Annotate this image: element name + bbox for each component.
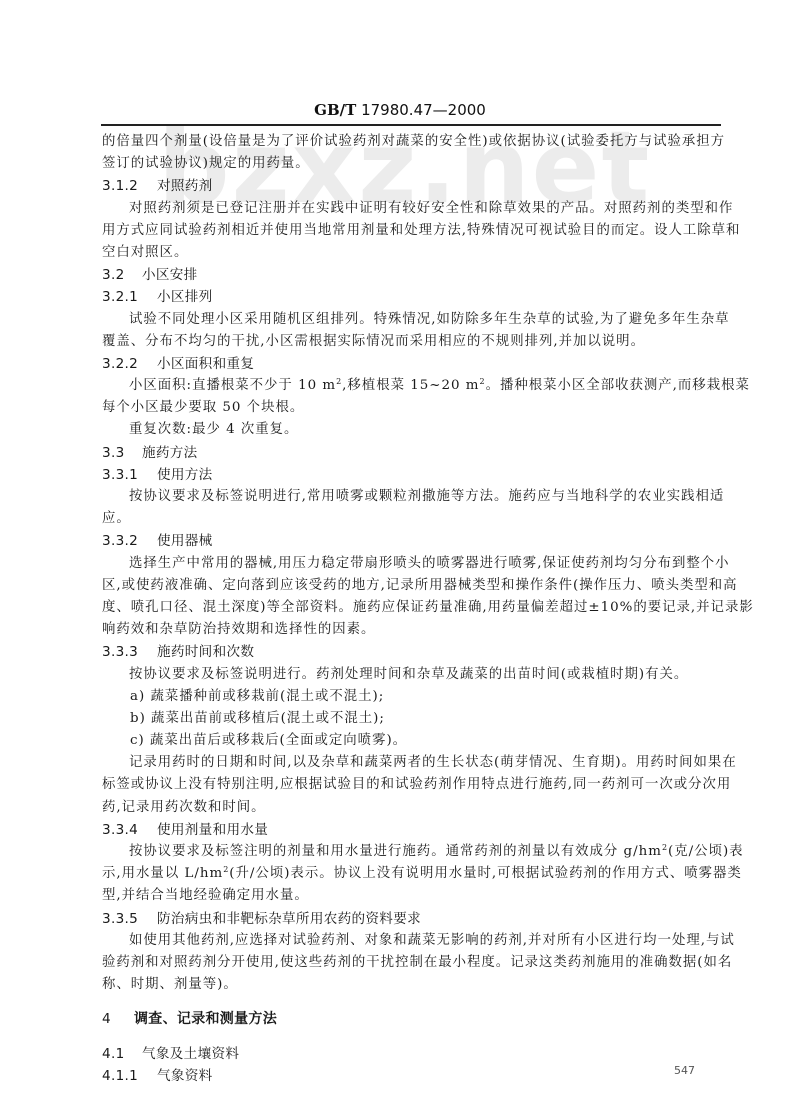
- heading-3-3-4: 3.3.4使用剂量和用水量: [102, 819, 722, 841]
- section-title: 小区安排: [142, 267, 198, 283]
- section-title: 小区面积和重复: [157, 356, 254, 372]
- paragraph-line: 小区面积:直播根菜不少于 10 m2,移植根菜 15~20 m2。播种根菜小区全…: [102, 375, 722, 397]
- paragraph-line: 称、时期、剂量等)。: [102, 974, 722, 996]
- heading-3-3-3: 3.3.3施药时间和次数: [102, 641, 722, 663]
- section-title: 使用器械: [157, 533, 213, 549]
- section-number: 3.2: [102, 264, 142, 286]
- heading-3-3-1: 3.3.1使用方法: [102, 464, 722, 486]
- heading-3-1-2: 3.1.2对照药剂: [102, 175, 722, 197]
- text-run: (升/公顷)表示。协议上没有说明用水量时,可根据试验药剂的作用方式、喷雾器类: [229, 866, 742, 881]
- paragraph-line: 覆盖、分布不均匀的干扰,小区需根据实际情况而采用相应的不规则排列,并加以说明。: [102, 331, 722, 353]
- paragraph-line: 药,记录用药次数和时间。: [102, 797, 722, 819]
- list-item-a: a) 蔬菜播种前或移栽前(混土或不混土);: [102, 686, 722, 708]
- section-title: 施药方法: [142, 445, 198, 461]
- paragraph-line: 试验不同处理小区采用随机区组排列。特殊情况,如防除多年生杂草的试验,为了避免多年…: [102, 309, 722, 331]
- text-run: 小区面积:直播根菜不少于 10 m: [129, 378, 336, 393]
- section-number: 3.3.5: [102, 908, 157, 930]
- heading-4-1-1: 4.1.1气象资料: [102, 1065, 722, 1087]
- paragraph-line: 标签或协议上没有特别注明,应根据试验目的和试验药剂作用特点进行施药,同一药剂可一…: [102, 774, 722, 796]
- text-run: 。播种根菜小区全部收获测产,而移栽根菜: [486, 378, 750, 393]
- paragraph-line: 示,用水量以 L/hm2(升/公顷)表示。协议上没有说明用水量时,可根据试验药剂…: [102, 863, 722, 885]
- paragraph-line: 度、喷孔口径、混土深度)等全部资料。施药应保证药量准确,用药量偏差超过±10%的…: [102, 597, 722, 619]
- section-spacer: [102, 996, 722, 1008]
- section-title: 防治病虫和非靶标杂草所用农药的资料要求: [157, 911, 421, 927]
- document-page: bzxz.net GB/T 17980.47—2000 的倍量四个剂量(设倍量是…: [0, 0, 800, 1110]
- list-item-b: b) 蔬菜出苗前或移植后(混土或不混土);: [102, 708, 722, 730]
- paragraph-line: 型,并结合当地经验确定用水量。: [102, 885, 722, 907]
- heading-3-2: 3.2小区安排: [102, 264, 722, 286]
- section-number: 3.3.2: [102, 530, 157, 552]
- paragraph-line: 按协议要求及标签说明进行,常用喷雾或颗粒剂撒施等方法。施药应与当地科学的农业实践…: [102, 486, 722, 508]
- section-title: 对照药剂: [157, 178, 213, 194]
- heading-4: 4调查、记录和测量方法: [102, 1008, 722, 1030]
- section-title: 使用方法: [157, 467, 213, 483]
- heading-3-2-2: 3.2.2小区面积和重复: [102, 353, 722, 375]
- text-run: 示,用水量以 L/hm: [102, 866, 223, 881]
- list-item-c: c) 蔬菜出苗后或移栽后(全面或定向喷雾)。: [102, 730, 722, 752]
- section-number: 3.2.1: [102, 286, 157, 308]
- section-title: 使用剂量和用水量: [157, 822, 268, 838]
- section-number: 3.2.2: [102, 353, 157, 375]
- standard-number: 17980.47—2000: [361, 101, 486, 119]
- heading-3-3-5: 3.3.5防治病虫和非靶标杂草所用农药的资料要求: [102, 908, 722, 930]
- heading-3-2-1: 3.2.1小区排列: [102, 286, 722, 308]
- document-body: 的倍量四个剂量(设倍量是为了评价试验药剂对蔬菜的安全性)或依据协议(试验委托方与…: [102, 131, 722, 1087]
- paragraph-line: 响药效和杂草防治持效期和选择性的因素。: [102, 619, 722, 641]
- text-run: 按协议要求及标签注明的剂量和用水量进行施药。通常药剂的剂量以有效成分 g/hm: [129, 844, 662, 859]
- heading-4-1: 4.1气象及土壤资料: [102, 1043, 722, 1065]
- paragraph-line: 重复次数:最少 4 次重复。: [102, 419, 722, 441]
- section-title: 小区排列: [157, 289, 213, 305]
- paragraph-line: 按协议要求及标签注明的剂量和用水量进行施药。通常药剂的剂量以有效成分 g/hm2…: [102, 841, 722, 863]
- paragraph-line: 验药剂和对照药剂分开使用,使这些药剂的干扰控制在最小程度。记录这类药剂施用的准确…: [102, 952, 722, 974]
- text-run: ,移植根菜 15~20 m: [342, 378, 479, 393]
- section-number: 3.3: [102, 442, 142, 464]
- section-number: 4.1: [102, 1043, 142, 1065]
- paragraph-line: 如使用其他药剂,应选择对试验药剂、对象和蔬菜无影响的药剂,并对所有小区进行均一处…: [102, 930, 722, 952]
- section-title: 气象及土壤资料: [142, 1046, 239, 1062]
- paragraph-line: 用方式应同试验药剂相近并使用当地常用剂量和处理方法,特殊情况可视试验目的而定。设…: [102, 220, 722, 242]
- header-rule: [101, 124, 721, 126]
- standard-prefix: GB/T: [314, 101, 356, 119]
- section-number: 3.3.1: [102, 464, 157, 486]
- paragraph-line: 区,或使药液准确、定向落到应该受药的地方,记录所用器械类型和操作条件(操作压力、…: [102, 575, 722, 597]
- section-spacer: [102, 1031, 722, 1043]
- page-header: GB/T 17980.47—2000: [0, 101, 800, 119]
- section-title: 调查、记录和测量方法: [134, 1011, 277, 1027]
- paragraph-line: 应。: [102, 508, 722, 530]
- paragraph-line: 按协议要求及标签说明进行。药剂处理时间和杂草及蔬菜的出苗时间(或栽植时期)有关。: [102, 664, 722, 686]
- paragraph-line: 签订的试验协议)规定的用药量。: [102, 153, 722, 175]
- text-run: (克/公顷)表: [668, 844, 744, 859]
- section-number: 4: [102, 1008, 134, 1030]
- paragraph-line: 空白对照区。: [102, 242, 722, 264]
- heading-3-3: 3.3施药方法: [102, 442, 722, 464]
- paragraph-line: 每个小区最少要取 50 个块根。: [102, 397, 722, 419]
- section-number: 3.3.3: [102, 641, 157, 663]
- section-number: 3.3.4: [102, 819, 157, 841]
- section-number: 4.1.1: [102, 1065, 157, 1087]
- section-title: 施药时间和次数: [157, 644, 254, 660]
- paragraph-line: 的倍量四个剂量(设倍量是为了评价试验药剂对蔬菜的安全性)或依据协议(试验委托方与…: [102, 131, 722, 153]
- section-number: 3.1.2: [102, 175, 157, 197]
- heading-3-3-2: 3.3.2使用器械: [102, 530, 722, 552]
- paragraph-line: 选择生产中常用的器械,用压力稳定带扇形喷头的喷雾器进行喷雾,保证使药剂均匀分布到…: [102, 553, 722, 575]
- paragraph-line: 记录用药时的日期和时间,以及杂草和蔬菜两者的生长状态(萌芽情况、生育期)。用药时…: [102, 752, 722, 774]
- paragraph-line: 对照药剂须是已登记注册并在实践中证明有较好安全性和除草效果的产品。对照药剂的类型…: [102, 198, 722, 220]
- section-title: 气象资料: [157, 1068, 213, 1084]
